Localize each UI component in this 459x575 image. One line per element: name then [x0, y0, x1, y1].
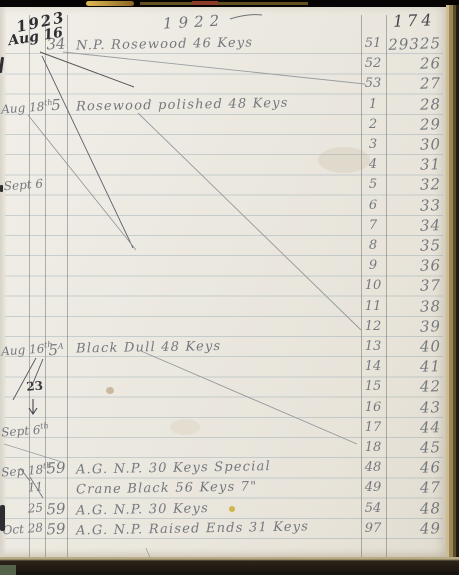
count-cell: 54	[360, 499, 386, 519]
count-cell: 10	[360, 276, 386, 296]
count-cell: 13	[360, 337, 386, 357]
ledger-row: Sept 6532	[0, 175, 447, 195]
binding-red-glint	[192, 1, 218, 5]
ledger-row: Sep 18th59A.G. N.P. 30 Keys Special4846	[0, 458, 447, 478]
description-cell: N.P. Rosewood 46 Keys	[76, 32, 360, 57]
ledger-row: 5226	[0, 54, 447, 74]
ledger-row: 330	[0, 135, 447, 155]
year-heading: 1922	[163, 11, 226, 32]
binding-gold-glint	[86, 1, 134, 6]
serial-cell: 47	[388, 477, 442, 499]
ledger-row: 1138	[0, 297, 447, 317]
ink-blot	[0, 505, 5, 531]
bottom-page-edge	[0, 557, 459, 575]
ledger-row: 2559A.G. N.P. 30 Keys5448	[0, 499, 447, 519]
qty-cell: 59	[43, 518, 68, 539]
date-cell: 25	[0, 497, 43, 520]
ledger-row: 1239	[0, 317, 447, 337]
date-cell: 23	[0, 376, 43, 399]
qty-cell: 59	[43, 458, 68, 479]
ledger-row: 34N.P. Rosewood 46 Keys5129325	[0, 34, 447, 54]
top-binding-edge	[0, 0, 459, 7]
ledger-row: 1037	[0, 276, 447, 296]
count-cell: 3	[360, 135, 386, 155]
ledger-row: 1845	[0, 438, 447, 458]
count-cell: 14	[360, 357, 386, 377]
count-cell: 2	[360, 115, 386, 135]
count-cell: 6	[360, 196, 386, 216]
serial-cell: 30	[388, 134, 442, 156]
ledger-row: 1441	[0, 357, 447, 377]
serial-cell: 28	[388, 94, 442, 116]
serial-cell: 49	[388, 518, 442, 540]
serial-cell: 43	[388, 397, 442, 419]
count-cell: 49	[360, 478, 386, 498]
count-cell: 17	[360, 418, 386, 438]
ledger-row: Oct 2859A.G. N.P. Raised Ends 31 Keys974…	[0, 519, 447, 539]
date-cell: Aug 16th	[0, 336, 43, 359]
serial-cell: 36	[388, 255, 442, 277]
ledger-scan: 1922 174 1923 Aug 16 34N.P. Rosewood 46 …	[0, 0, 459, 575]
serial-cell: 35	[388, 235, 442, 257]
superscript: A	[58, 342, 64, 351]
date-cell: Sept 6	[0, 174, 43, 197]
date-cell: Oct 28	[0, 517, 43, 540]
serial-cell: 41	[388, 356, 442, 378]
description-cell: Black Dull 48 Keys	[76, 335, 360, 360]
count-cell: 15	[360, 377, 386, 397]
count-cell: 4	[360, 155, 386, 175]
count-cell: 8	[360, 236, 386, 256]
serial-cell: 46	[388, 457, 442, 479]
serial-cell: 42	[388, 376, 442, 398]
ledger-row: 1643	[0, 398, 447, 418]
ledger-row: Aug 18th5Rosewood polished 48 Keys128	[0, 95, 447, 115]
ink-mark	[0, 185, 3, 192]
serial-cell: 37	[388, 275, 442, 297]
qty-cell: 5	[43, 94, 68, 115]
count-cell: 48	[360, 458, 386, 478]
binding-gold-line	[140, 2, 308, 5]
qty-cell: 5A	[43, 336, 68, 357]
qty-cell: 34	[43, 33, 68, 54]
count-cell: 12	[360, 317, 386, 337]
serial-cell: 38	[388, 296, 442, 318]
serial-cell: 40	[388, 336, 442, 358]
serial-cell: 31	[388, 154, 442, 176]
serial-cell: 26	[388, 53, 442, 75]
serial-cell: 27	[388, 73, 442, 95]
serial-cell: 33	[388, 195, 442, 217]
count-cell: 9	[360, 256, 386, 276]
count-cell: 7	[360, 216, 386, 236]
page-number: 174	[393, 10, 436, 30]
serial-cell: 44	[388, 417, 442, 439]
right-page-edge	[446, 5, 459, 559]
description-cell: A.G. N.P. Raised Ends 31 Keys	[76, 516, 360, 541]
serial-cell: 45	[388, 437, 442, 459]
count-cell: 16	[360, 398, 386, 418]
serial-cell: 29	[388, 114, 442, 136]
count-cell: 1	[360, 95, 386, 115]
count-cell: 52	[360, 54, 386, 74]
ledger-page: 1922 174 1923 Aug 16 34N.P. Rosewood 46 …	[0, 7, 447, 557]
ledger-row: 431	[0, 155, 447, 175]
count-cell: 5	[360, 175, 386, 195]
ledger-row: 231542	[0, 377, 447, 397]
count-cell: 18	[360, 438, 386, 458]
count-cell: 51	[360, 34, 386, 54]
ledger-row: 734	[0, 216, 447, 236]
superscript: th	[40, 421, 49, 431]
serial-cell: 34	[388, 215, 442, 237]
count-cell: 53	[360, 74, 386, 94]
ledger-row: 936	[0, 256, 447, 276]
serial-cell: 39	[388, 316, 442, 338]
serial-cell: 48	[388, 498, 442, 520]
date-cell: Aug 18th	[0, 93, 43, 116]
date-cell: 11	[0, 477, 43, 500]
ledger-row: 229	[0, 115, 447, 135]
ledger-row: Sept 6th1744	[0, 418, 447, 438]
date-cell: Sept 6th	[0, 416, 43, 439]
ledger-row: 633	[0, 196, 447, 216]
qty-cell: 59	[43, 498, 68, 519]
ledger-row: 5327	[0, 74, 447, 94]
description-cell: Rosewood polished 48 Keys	[76, 92, 360, 117]
serial-cell: 29325	[388, 33, 442, 55]
ledger-row: 835	[0, 236, 447, 256]
ledger-row: Aug 16th5ABlack Dull 48 Keys1340	[0, 337, 447, 357]
serial-cell: 32	[388, 174, 442, 196]
count-cell: 11	[360, 297, 386, 317]
cover-corner	[0, 565, 16, 575]
ledger-row: 11Crane Black 56 Keys 7"4947	[0, 478, 447, 498]
count-cell: 97	[360, 519, 386, 539]
